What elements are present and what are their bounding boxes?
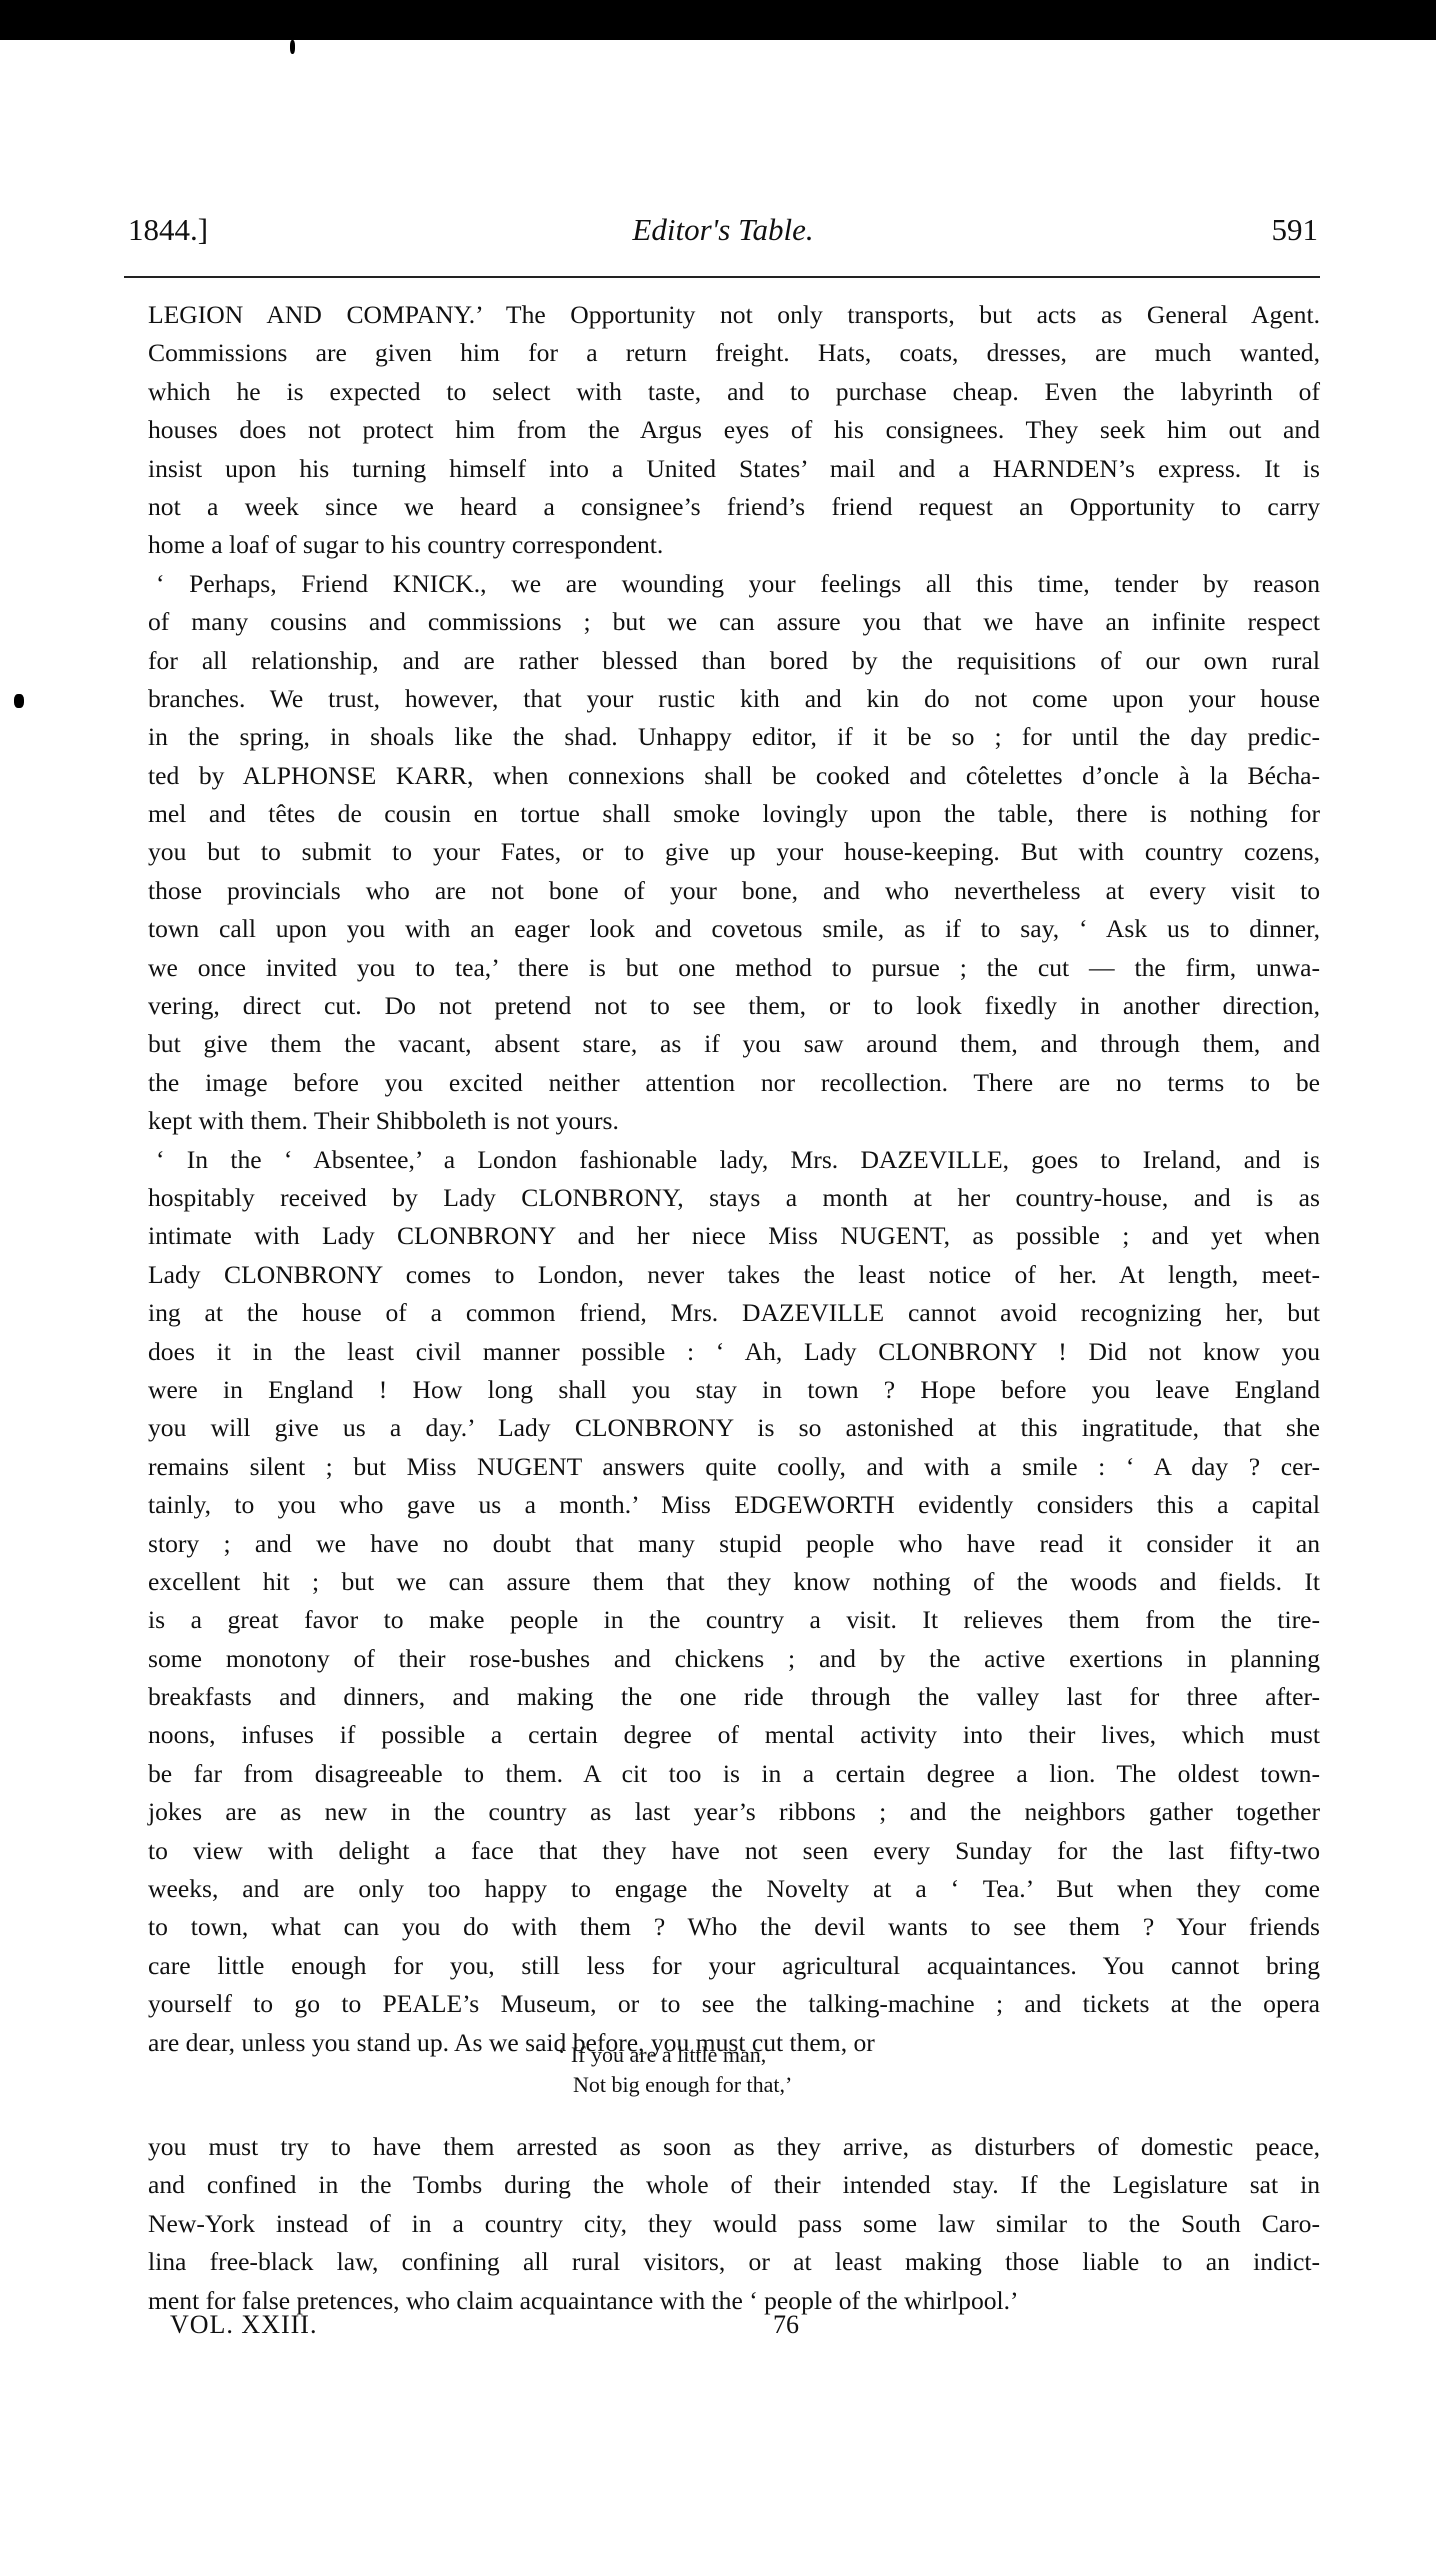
text-line: not a week since we heard a consignee’s … [148,488,1320,526]
article-body: LEGION AND COMPANY.’ The Opportunity not… [148,296,1320,2062]
paragraph-2: ‘ Perhaps, Friend KNICK., we are woundin… [148,565,1320,1141]
text-line: but give them the vacant, absent stare, … [148,1025,1320,1063]
text-line: mel and têtes de cousin en tortue shall … [148,795,1320,833]
scan-speck [14,694,24,708]
text-line: lina free-black law, confining all rural… [148,2243,1320,2281]
text-line: Lady CLONBRONY comes to London, never ta… [148,1256,1320,1294]
text-line: ted by ALPHONSE KARR, when connexions sh… [148,757,1320,795]
scan-edge-band [0,0,1436,40]
text-line: of many cousins and commissions ; but we… [148,603,1320,641]
text-line: those provincials who are not bone of yo… [148,872,1320,910]
text-line: story ; and we have no doubt that many s… [148,1525,1320,1563]
text-line: is a great favor to make people in the c… [148,1601,1320,1639]
paragraph-4: you must try to have them arrested as so… [148,2128,1320,2320]
page-number: 591 [1272,212,1319,248]
text-line: we once invited you to tea,’ there is bu… [148,949,1320,987]
text-line: branches. We trust, however, that your r… [148,680,1320,718]
text-line: tainly, to you who gave us a month.’ Mis… [148,1486,1320,1524]
text-line: for all relationship, and are rather ble… [148,642,1320,680]
text-line: to town, what can you do with them ? Who… [148,1908,1320,1946]
text-line: excellent hit ; but we can assure them t… [148,1563,1320,1601]
text-line: houses does not protect him from the Arg… [148,411,1320,449]
text-line: LEGION AND COMPANY.’ The Opportunity not… [148,296,1320,334]
text-line: in the spring, in shoals like the shad. … [148,718,1320,756]
text-line: Commissions are given him for a return f… [148,334,1320,372]
paragraph-3: ‘ In the ‘ Absentee,’ a London fashionab… [148,1141,1320,2062]
text-line: care little enough for you, still less f… [148,1947,1320,1985]
text-line: hospitably received by Lady CLONBRONY, s… [148,1179,1320,1217]
text-line: ing at the house of a common friend, Mrs… [148,1294,1320,1332]
text-line: New-York instead of in a country city, t… [148,2205,1320,2243]
text-line: you will give us a day.’ Lady CLONBRONY … [148,1409,1320,1447]
text-line: which he is expected to select with tast… [148,373,1320,411]
scan-speck [290,40,295,54]
quoted-verse: ‘ If you are a little man, Not big enoug… [0,2040,1436,2100]
text-line: remains silent ; but Miss NUGENT answers… [148,1448,1320,1486]
text-line: ‘ Perhaps, Friend KNICK., we are woundin… [148,565,1320,603]
text-line: town call upon you with an eager look an… [148,910,1320,948]
text-line: jokes are as new in the country as last … [148,1793,1320,1831]
header-rule [124,276,1320,278]
text-line: were in England ! How long shall you sta… [148,1371,1320,1409]
text-line: home a loaf of sugar to his country corr… [148,526,1320,564]
text-line: the image before you excited neither att… [148,1064,1320,1102]
text-line: kept with them. Their Shibboleth is not … [148,1102,1320,1140]
paragraph-1: LEGION AND COMPANY.’ The Opportunity not… [148,296,1320,565]
text-line: vering, direct cut. Do not pretend not t… [148,987,1320,1025]
text-line: intimate with Lady CLONBRONY and her nie… [148,1217,1320,1255]
verse-line: ‘ If you are a little man, [0,2040,1436,2070]
text-line: breakfasts and dinners, and making the o… [148,1678,1320,1716]
text-line: ‘ In the ‘ Absentee,’ a London fashionab… [148,1141,1320,1179]
text-line: does it in the least civil manner possib… [148,1333,1320,1371]
text-line: you but to submit to your Fates, or to g… [148,833,1320,871]
verse-line: Not big enough for that,’ [0,2070,1436,2100]
text-line: noons, infuses if possible a certain deg… [148,1716,1320,1754]
running-head: 1844.] Editor's Table. 591 [128,212,1318,262]
page-title: Editor's Table. [128,212,1318,248]
page-footer: VOL. XXIII. 76 [0,2310,1436,2350]
text-line: yourself to go to PEALE’s Museum, or to … [148,1985,1320,2023]
text-line: weeks, and are only too happy to engage … [148,1870,1320,1908]
signature-mark: 76 [773,2310,799,2340]
text-line: to view with delight a face that they ha… [148,1832,1320,1870]
text-line: you must try to have them arrested as so… [148,2128,1320,2166]
text-line: and confined in the Tombs during the who… [148,2166,1320,2204]
text-line: some monotony of their rose-bushes and c… [148,1640,1320,1678]
volume-label: VOL. XXIII. [170,2310,317,2340]
text-line: be far from disagreeable to them. A cit … [148,1755,1320,1793]
text-line: insist upon his turning himself into a U… [148,450,1320,488]
